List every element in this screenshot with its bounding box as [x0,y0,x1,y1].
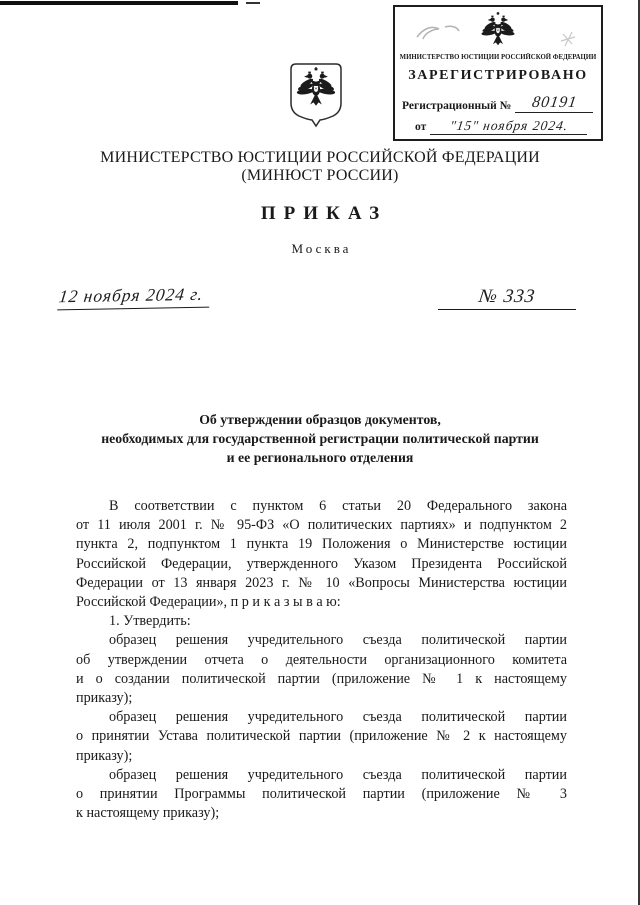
body-line: приказу); [76,689,567,708]
body-line: Российской Федерации», п р и к а з ы в а… [76,593,567,612]
body-line: от 11 июля 2001 г. № 95-ФЗ «О политическ… [76,516,567,535]
handwritten-order-number: № 333 [438,282,576,310]
body-line: образец решения учредительного съезда по… [76,631,567,650]
scan-artifact-top-bar [0,1,238,5]
stamp-registration-number-row: Регистрационный № 80191 [402,91,593,113]
stamp-date-prefix: от [415,121,426,135]
document-type-title: ПРИКАЗ [0,203,640,225]
body-line: о принятии Устава политической партии (п… [76,727,567,746]
body-line: пункта 2, подпунктом 1 пункта 19 Положен… [76,535,567,554]
body-line: приказу); [76,747,567,766]
ink-scribble-left [415,21,461,45]
body-line: и о создании политической партии (прилож… [76,670,567,689]
scan-artifact-top-dash [246,2,260,4]
body-line: к настоящему приказу); [76,804,567,823]
body-line: 1. Утвердить: [76,612,567,631]
handwritten-date: 12 ноября 2024 г. [57,284,210,311]
coat-of-arms-icon [289,62,343,128]
body-line: Федерации от 13 января 2023 г. № 10 «Воп… [76,574,567,593]
body-line: образец решения учредительного съезда по… [76,708,567,727]
body-line: образец решения учредительного съезда по… [76,766,567,785]
stamp-reg-number-label: Регистрационный № [402,100,511,113]
ministry-name-line2: (МИНЮСТ РОССИИ) [0,167,640,185]
city-label: Москва [0,241,640,257]
stamp-eagle-icon [480,10,516,48]
body-line: В соответствии с пунктом 6 статьи 20 Фед… [76,497,567,516]
stamp-ministry-line: МИНИСТЕРСТВО ЮСТИЦИИ РОССИЙСКОЙ ФЕДЕРАЦИ… [398,53,598,61]
stamp-reg-number-value: 80191 [515,94,593,113]
subject-line3: и ее регионального отделения [74,448,566,467]
ministry-name-line1: МИНИСТЕРСТВО ЮСТИЦИИ РОССИЙСКОЙ ФЕДЕРАЦИ… [0,149,640,167]
ministry-name: МИНИСТЕРСТВО ЮСТИЦИИ РОССИЙСКОЙ ФЕДЕРАЦИ… [0,149,640,185]
ink-scribble-right [559,29,577,49]
subject-line1: Об утверждении образцов документов, [74,410,566,429]
body-line: об утверждении отчета о деятельности орг… [76,651,567,670]
subject-line2: необходимых для государственной регистра… [74,429,566,448]
registration-stamp: МИНИСТЕРСТВО ЮСТИЦИИ РОССИЙСКОЙ ФЕДЕРАЦИ… [393,5,603,141]
stamp-date-value: "15" ноября 2024. [430,118,587,135]
body-text: В соответствии с пунктом 6 статьи 20 Фед… [76,497,567,823]
body-line: Российской Федерации, утвержденного Указ… [76,555,567,574]
stamp-registered-label: ЗАРЕГИСТРИРОВАНО [395,68,601,84]
scanned-order-page: МИНИСТЕРСТВО ЮСТИЦИИ РОССИЙСКОЙ ФЕДЕРАЦИ… [0,0,640,905]
body-line: о принятии Программы политической партии… [76,785,567,804]
stamp-date-row: от "15" ноября 2024. [415,114,587,135]
order-subject: Об утверждении образцов документов, необ… [74,410,566,467]
